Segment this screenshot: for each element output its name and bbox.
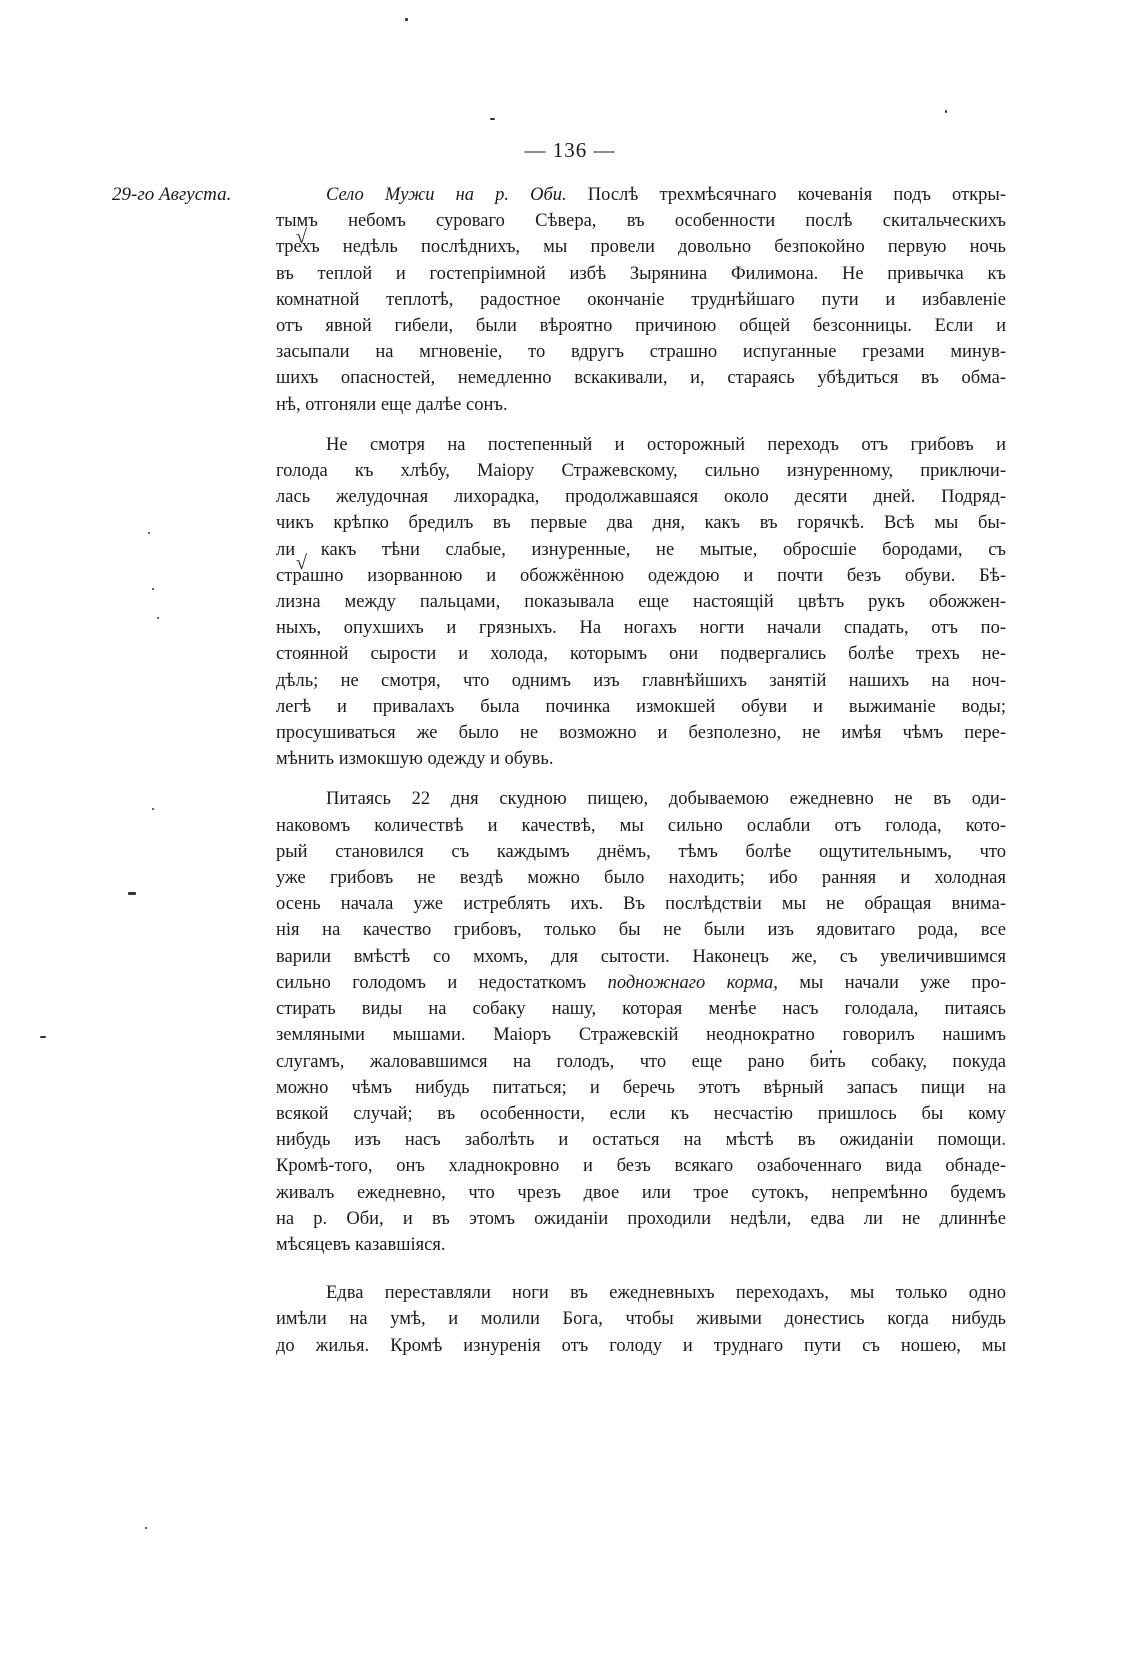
page-number: — 136 — (0, 138, 1140, 163)
scan-speck (148, 532, 150, 534)
text-line: осень начала уже истреблять ихъ. Въ посл… (276, 891, 1006, 917)
scan-speck (157, 617, 159, 619)
text-line: сильно голодомъ и недостаткомъ подножнаг… (276, 970, 1006, 996)
text-line: голода къ хлѣбу, Маіору Стражевскому, си… (276, 458, 1006, 484)
text-line: засыпали на мгновеніе, то вдругъ страшно… (276, 339, 1006, 365)
scan-speck (405, 18, 408, 21)
text-line: мѣсяцевъ казавшіяся. (276, 1232, 1006, 1258)
margin-date-note: 29-го Августа. (112, 184, 231, 206)
scan-speck (40, 1036, 46, 1038)
text-line: до жилья. Кромѣ изнуренія отъ голоду и т… (276, 1333, 1006, 1359)
text-line: ныхъ, опухшихъ и грязныхъ. На ногахъ ног… (276, 615, 1006, 641)
text-line: можно чѣмъ нибудь питаться; и беречь это… (276, 1075, 1006, 1101)
text-line: Питаясь 22 дня скудною пищею, добываемою… (276, 786, 1006, 812)
text-line: чикъ крѣпко бредилъ въ первые два дня, к… (276, 510, 1006, 536)
text-line: варили вмѣстѣ со мхомъ, для сытости. Нак… (276, 944, 1006, 970)
document-body: Село Мужи на р. Оби. Послѣ трехмѣсячнаго… (276, 182, 1006, 1359)
text-line: Не смотря на постепенный и осторожный пе… (276, 432, 1006, 458)
text-line: нибудь изъ насъ заболѣть и остаться на м… (276, 1127, 1006, 1153)
scan-speck (128, 892, 136, 895)
text-line: имѣли на умѣ, и молили Бога, чтобы живым… (276, 1306, 1006, 1332)
italic-phrase: подножнаго корма, (608, 973, 778, 993)
scan-speck (945, 110, 947, 113)
place-heading: Село Мужи на р. Оби. (326, 185, 567, 205)
text-line: шихъ опасностей, немедленно вскакивали, … (276, 365, 1006, 391)
text-line: мѣнить измокшую одежду и обувь. (276, 746, 1006, 772)
scan-speck (145, 1527, 147, 1529)
text-line: стоянной сырости и холода, которымъ они … (276, 641, 1006, 667)
text-line: лизна между пальцами, показывала еще нас… (276, 589, 1006, 615)
scan-speck (490, 118, 495, 120)
text-line: слугамъ, жаловавшимся на голодъ, что еще… (276, 1049, 1006, 1075)
text-line: Кромѣ-того, онъ хладнокровно и безъ всяк… (276, 1153, 1006, 1179)
text-line: всякой случай; въ особенности, если къ н… (276, 1101, 1006, 1127)
text-line: легѣ и привалахъ была починка измокшей о… (276, 694, 1006, 720)
text-line: страшно изорванною и обожжённою одеждою … (276, 563, 1006, 589)
text-line: нія на качество грибовъ, только бы не бы… (276, 917, 1006, 943)
text-line: нѣ, отгоняли еще далѣе сонъ. (276, 392, 1006, 418)
text-line: наковомъ количествѣ и качествѣ, мы сильн… (276, 813, 1006, 839)
text-line: Едва переставляли ноги въ ежедневныхъ пе… (276, 1280, 1006, 1306)
text-line: лась желудочная лихорадка, продолжавшаяс… (276, 484, 1006, 510)
text-line: комнатной теплотѣ, радостное окончаніе т… (276, 287, 1006, 313)
text-line: ли какъ тѣни слабые, изнуренные, не мыты… (276, 537, 1006, 563)
text-line: земляными мышами. Маіоръ Стражевскій нео… (276, 1022, 1006, 1048)
paragraph: Село Мужи на р. Оби. Послѣ трехмѣсячнаго… (276, 182, 1006, 418)
text-line: стирать виды на собаку нашу, которая мен… (276, 996, 1006, 1022)
text-line: отъ явной гибели, были вѣроятно причиною… (276, 313, 1006, 339)
paragraph: Не смотря на постепенный и осторожный пе… (276, 432, 1006, 773)
text-line: рый становился съ каждымъ днёмъ, тѣмъ бо… (276, 839, 1006, 865)
text-line: на р. Оби, и въ этомъ ожиданіи проходили… (276, 1206, 1006, 1232)
text-line: уже грибовъ не вездѣ можно было находить… (276, 865, 1006, 891)
text-line: дѣль; не смотря, что однимъ изъ главнѣйш… (276, 668, 1006, 694)
text-line: Село Мужи на р. Оби. Послѣ трехмѣсячнаго… (276, 182, 1006, 208)
text-line: тымъ небомъ суроваго Сѣвера, въ особенно… (276, 208, 1006, 234)
paragraph: Питаясь 22 дня скудною пищею, добываемою… (276, 786, 1006, 1258)
scan-speck (152, 588, 154, 590)
text-line: въ теплой и гостепріимной избѣ Зырянина … (276, 261, 1006, 287)
text-line: живалъ ежедневно, что чрезъ двое или тро… (276, 1180, 1006, 1206)
paragraph: Едва переставляли ноги въ ежедневныхъ пе… (276, 1280, 1006, 1359)
text-line: просушиваться же было не возможно и безп… (276, 720, 1006, 746)
scan-speck (152, 808, 154, 810)
text-line: трехъ недѣль послѣднихъ, мы провели дово… (276, 234, 1006, 260)
